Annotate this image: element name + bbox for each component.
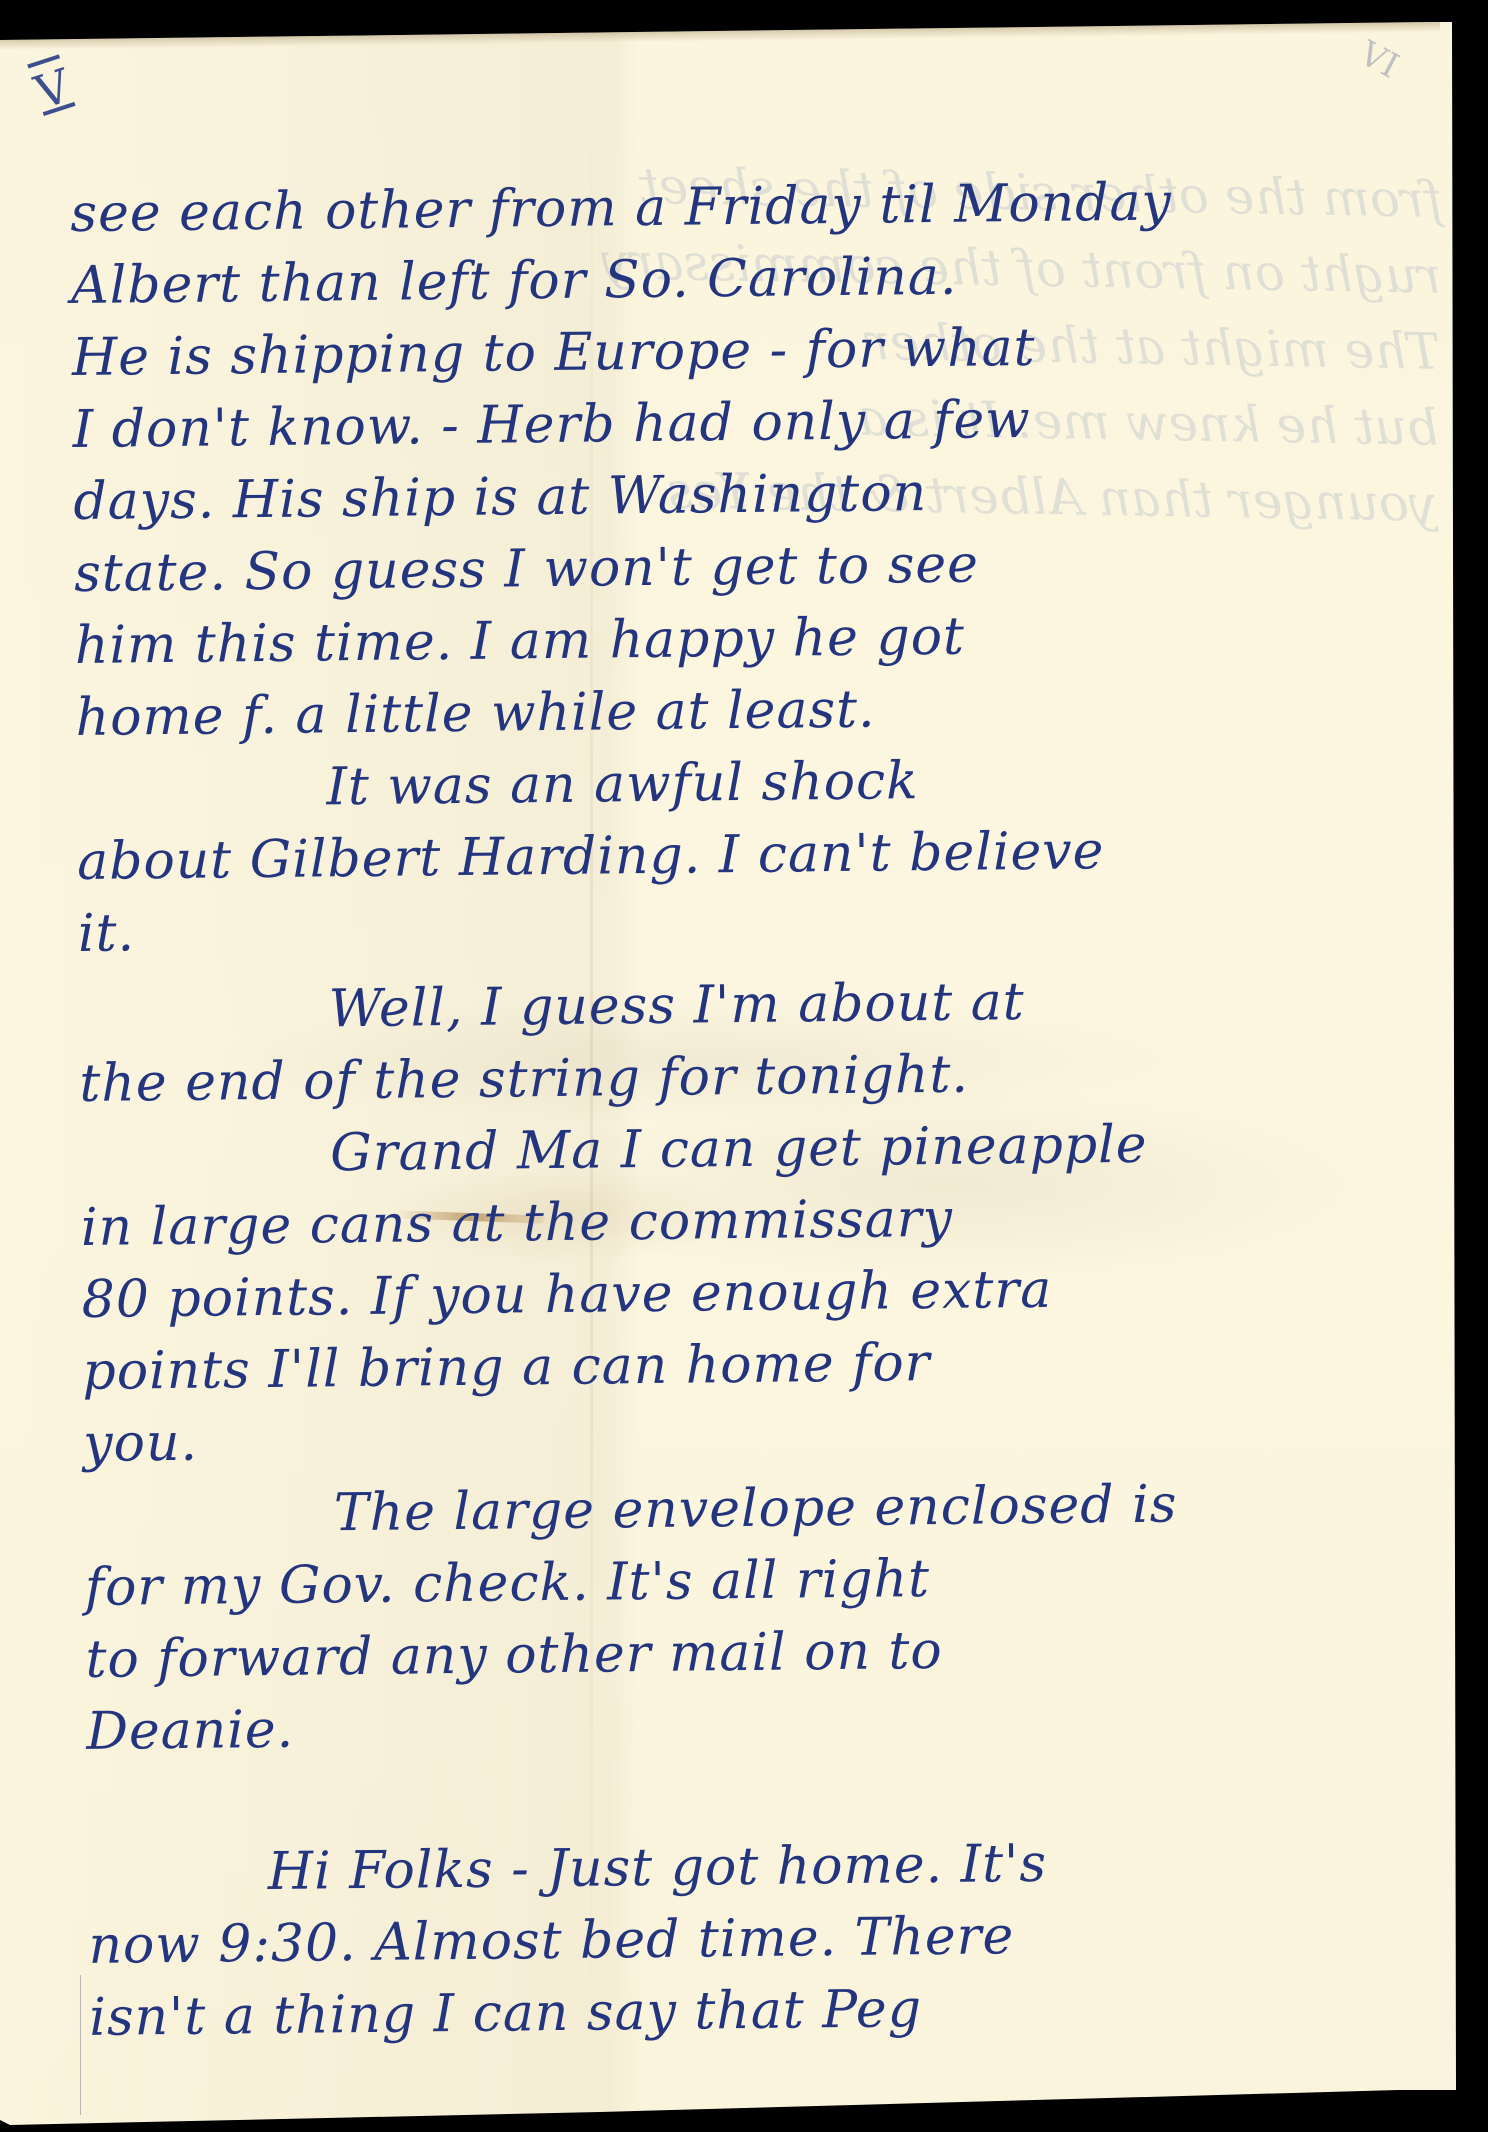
scan-background: from the other side of the sheet rught o… [0,0,1488,2132]
paragraph: The large envelope enclosed is for my Go… [84,1465,1467,1767]
paragraph: Well, I guess I'm about at the end of th… [78,962,1459,1120]
paper-top-edge-shadow [0,18,1440,50]
faint-page-number-mark: VI [1353,33,1405,86]
paragraph: Grand Ma I can get pineapple in large ca… [80,1105,1464,1479]
postscript-paragraph: Hi Folks - Just got home. It's now 9:30.… [87,1823,1469,2053]
letter-sheet: from the other side of the sheet rught o… [0,0,1488,2132]
text-line: isn't a thing I can say that Peg [89,1967,1470,2053]
page-number-mark: V [28,58,76,120]
text-line: it. [78,884,1459,970]
text-line: Deanie. [86,1681,1467,1767]
paragraph: It was an awful shock about Gilbert Hard… [76,740,1458,970]
paragraph: see each other from a Friday til Monday … [70,164,1456,754]
letter-body: see each other from a Friday til Monday … [70,164,1470,2054]
margin-pencil-line [80,1975,81,2115]
